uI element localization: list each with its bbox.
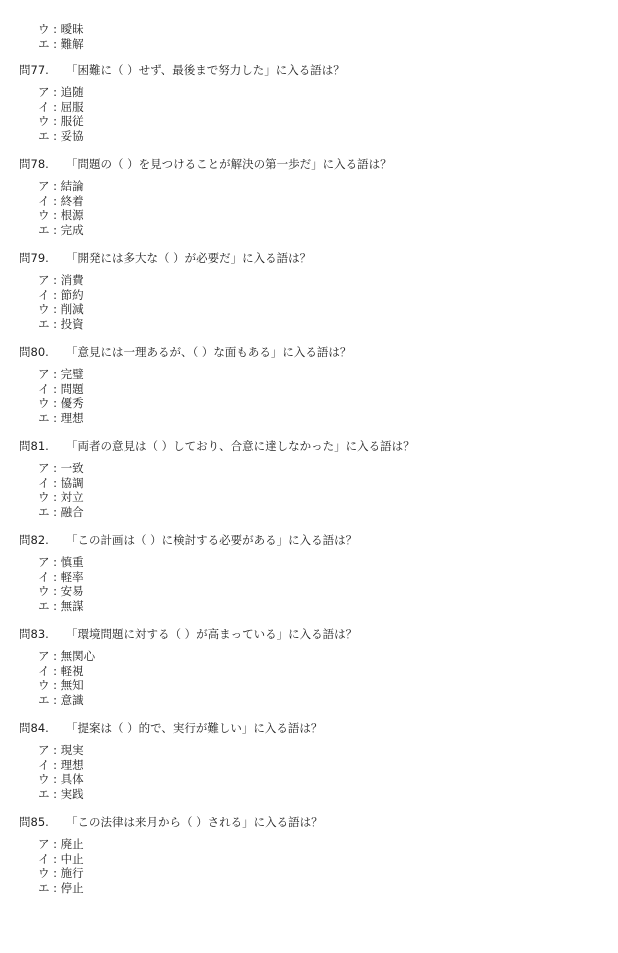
option-line: イ : 中止 [0, 852, 618, 867]
option-line: ウ : 優秀 [0, 396, 618, 411]
question-block: 問79.「開発には多大な（ ）が必要だ」に入る語は？ア : 消費イ : 節約ウ … [0, 251, 618, 331]
question-number: 問77. [19, 63, 66, 78]
option-line: ア : 結論 [0, 179, 618, 194]
option-line: ウ : 対立 [0, 490, 618, 505]
option-line: エ : 完成 [0, 223, 618, 238]
question-text: 「開発には多大な（ ）が必要だ」に入る語は？ [66, 251, 311, 266]
option-line: ウ : 施行 [0, 866, 618, 881]
previous-question-options: ウ : 曖昧エ : 難解 [0, 22, 618, 51]
question-text: 「問題の（ ）を見つけることが解決の第一歩だ」に入る語は？ [66, 157, 392, 172]
question-block: 問83.「環境問題に対する（ ）が高まっている」に入る語は？ア : 無関心イ :… [0, 627, 618, 707]
option-line: エ : 難解 [0, 37, 618, 52]
question-line: 問82.「この計画は（ ）に検討する必要がある」に入る語は？ [0, 533, 618, 548]
option-line: イ : 軽視 [0, 664, 618, 679]
question-number: 問84. [19, 721, 66, 736]
question-block: 問85.「この法律は来月から（ ）される」に入る語は？ア : 廃止イ : 中止ウ… [0, 815, 618, 895]
question-text: 「この計画は（ ）に検討する必要がある」に入る語は？ [66, 533, 357, 548]
question-number: 問79. [19, 251, 66, 266]
question-line: 問78.「問題の（ ）を見つけることが解決の第一歩だ」に入る語は？ [0, 157, 618, 172]
option-line: ウ : 曖昧 [0, 22, 618, 37]
question-block: 問77.「困難に（ ）せず、最後まで努力した」に入る語は？ア : 追随イ : 屈… [0, 63, 618, 143]
option-line: イ : 軽率 [0, 570, 618, 585]
option-line: エ : 理想 [0, 411, 618, 426]
question-text: 「環境問題に対する（ ）が高まっている」に入る語は？ [66, 627, 357, 642]
option-line: エ : 実践 [0, 787, 618, 802]
option-line: エ : 投資 [0, 317, 618, 332]
option-line: イ : 屈服 [0, 100, 618, 115]
question-text: 「意見には一理あるが、（ ）な面もある」に入る語は？ [66, 345, 351, 360]
option-line: イ : 節約 [0, 288, 618, 303]
option-line: エ : 意識 [0, 693, 618, 708]
option-line: ア : 慎重 [0, 555, 618, 570]
question-text: 「困難に（ ）せず、最後まで努力した」に入る語は？ [66, 63, 345, 78]
option-line: ウ : 削減 [0, 302, 618, 317]
question-block: 問84.「提案は（ ）的で、実行が難しい」に入る語は？ア : 現実イ : 理想ウ… [0, 721, 618, 801]
question-block: 問81.「両者の意見は（ ）しており、合意に達しなかった」に入る語は？ア : 一… [0, 439, 618, 519]
question-text: 「提案は（ ）的で、実行が難しい」に入る語は？ [66, 721, 322, 736]
question-number: 問85. [19, 815, 66, 830]
question-line: 問77.「困難に（ ）せず、最後まで努力した」に入る語は？ [0, 63, 618, 78]
option-line: ア : 追随 [0, 85, 618, 100]
question-block: 問82.「この計画は（ ）に検討する必要がある」に入る語は？ア : 慎重イ : … [0, 533, 618, 613]
question-number: 問82. [19, 533, 66, 548]
question-line: 問84.「提案は（ ）的で、実行が難しい」に入る語は？ [0, 721, 618, 736]
question-line: 問81.「両者の意見は（ ）しており、合意に達しなかった」に入る語は？ [0, 439, 618, 454]
option-line: イ : 理想 [0, 758, 618, 773]
question-block: 問80.「意見には一理あるが、（ ）な面もある」に入る語は？ア : 完璧イ : … [0, 345, 618, 425]
option-line: ア : 完璧 [0, 367, 618, 382]
question-number: 問81. [19, 439, 66, 454]
option-line: ウ : 具体 [0, 772, 618, 787]
option-line: ア : 消費 [0, 273, 618, 288]
option-line: ア : 無関心 [0, 649, 618, 664]
document-page: ウ : 曖昧エ : 難解 問77.「困難に（ ）せず、最後まで努力した」に入る語… [0, 0, 618, 953]
question-number: 問80. [19, 345, 66, 360]
option-line: エ : 無謀 [0, 599, 618, 614]
option-line: イ : 協調 [0, 476, 618, 491]
question-text: 「両者の意見は（ ）しており、合意に達しなかった」に入る語は？ [66, 439, 415, 454]
option-line: イ : 問題 [0, 382, 618, 397]
option-line: イ : 終着 [0, 194, 618, 209]
question-block: 問78.「問題の（ ）を見つけることが解決の第一歩だ」に入る語は？ア : 結論イ… [0, 157, 618, 237]
option-line: エ : 停止 [0, 881, 618, 896]
option-line: ア : 現実 [0, 743, 618, 758]
question-line: 問80.「意見には一理あるが、（ ）な面もある」に入る語は？ [0, 345, 618, 360]
option-line: ウ : 服従 [0, 114, 618, 129]
option-line: ウ : 根源 [0, 208, 618, 223]
option-line: ア : 廃止 [0, 837, 618, 852]
option-line: ウ : 無知 [0, 678, 618, 693]
question-line: 問85.「この法律は来月から（ ）される」に入る語は？ [0, 815, 618, 830]
question-number: 問83. [19, 627, 66, 642]
option-line: ア : 一致 [0, 461, 618, 476]
option-line: エ : 融合 [0, 505, 618, 520]
question-list: 問77.「困難に（ ）せず、最後まで努力した」に入る語は？ア : 追随イ : 屈… [0, 63, 618, 895]
question-number: 問78. [19, 157, 66, 172]
option-line: エ : 妥協 [0, 129, 618, 144]
option-line: ウ : 安易 [0, 584, 618, 599]
question-line: 問79.「開発には多大な（ ）が必要だ」に入る語は？ [0, 251, 618, 266]
question-text: 「この法律は来月から（ ）される」に入る語は？ [66, 815, 323, 830]
question-line: 問83.「環境問題に対する（ ）が高まっている」に入る語は？ [0, 627, 618, 642]
